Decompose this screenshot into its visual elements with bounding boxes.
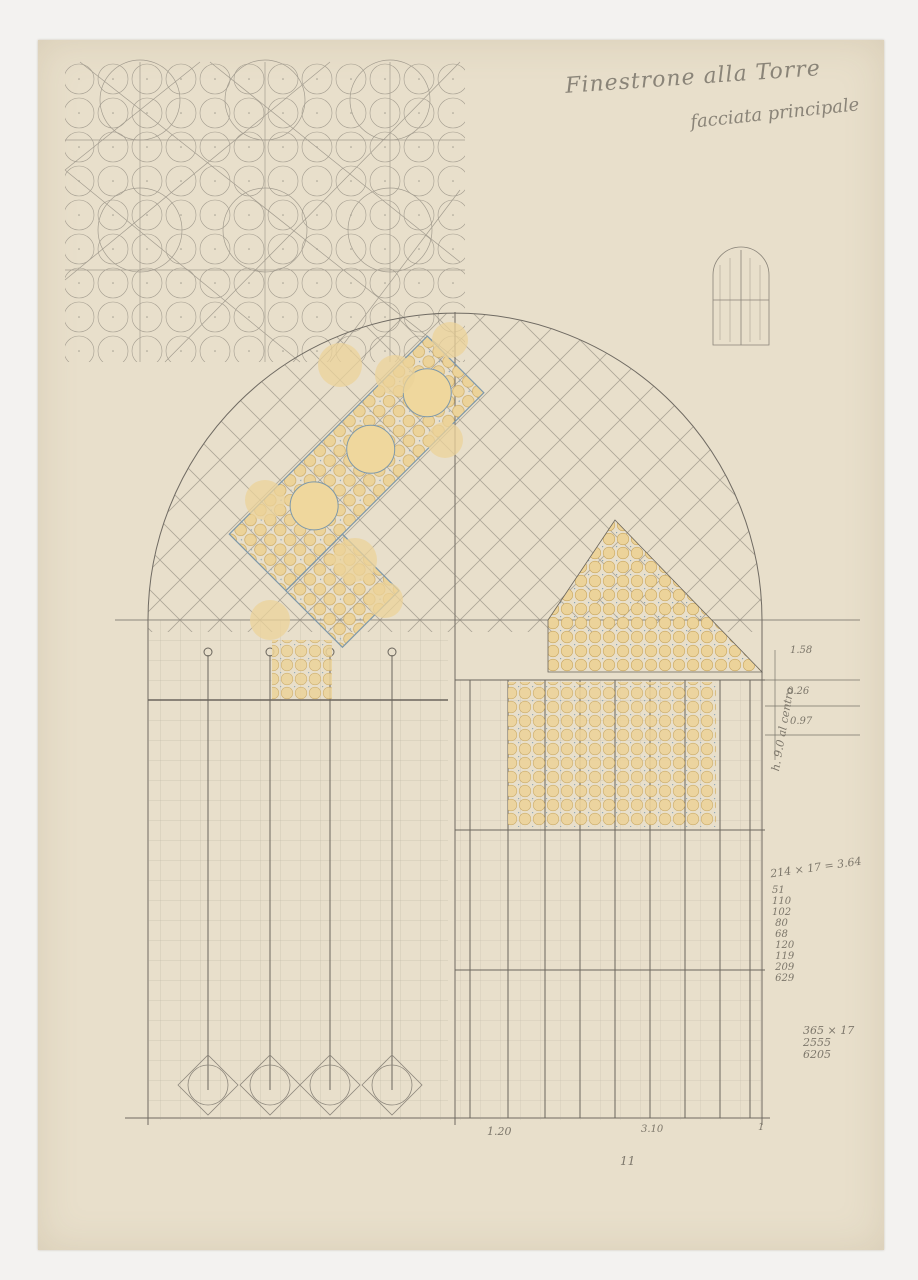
bottom-mark: 11 bbox=[620, 1155, 635, 1168]
width-dimension-center: 3.10 bbox=[641, 1124, 663, 1135]
colored-glass-lancet bbox=[272, 640, 332, 700]
window-elevation-drawing bbox=[0, 0, 918, 1280]
window-thumbnail-sketch bbox=[713, 247, 769, 345]
dimension-label: 0.97 bbox=[790, 716, 812, 727]
width-dimension-right: 1 bbox=[758, 1122, 764, 1133]
calculation-note: 365 × 17 2555 6205 bbox=[803, 1025, 854, 1061]
dimension-label: 1.58 bbox=[790, 645, 812, 656]
width-dimension-left: 1.20 bbox=[487, 1126, 512, 1138]
calculation-note: 51 110 102 80 68 120 119 209 629 bbox=[772, 885, 794, 984]
